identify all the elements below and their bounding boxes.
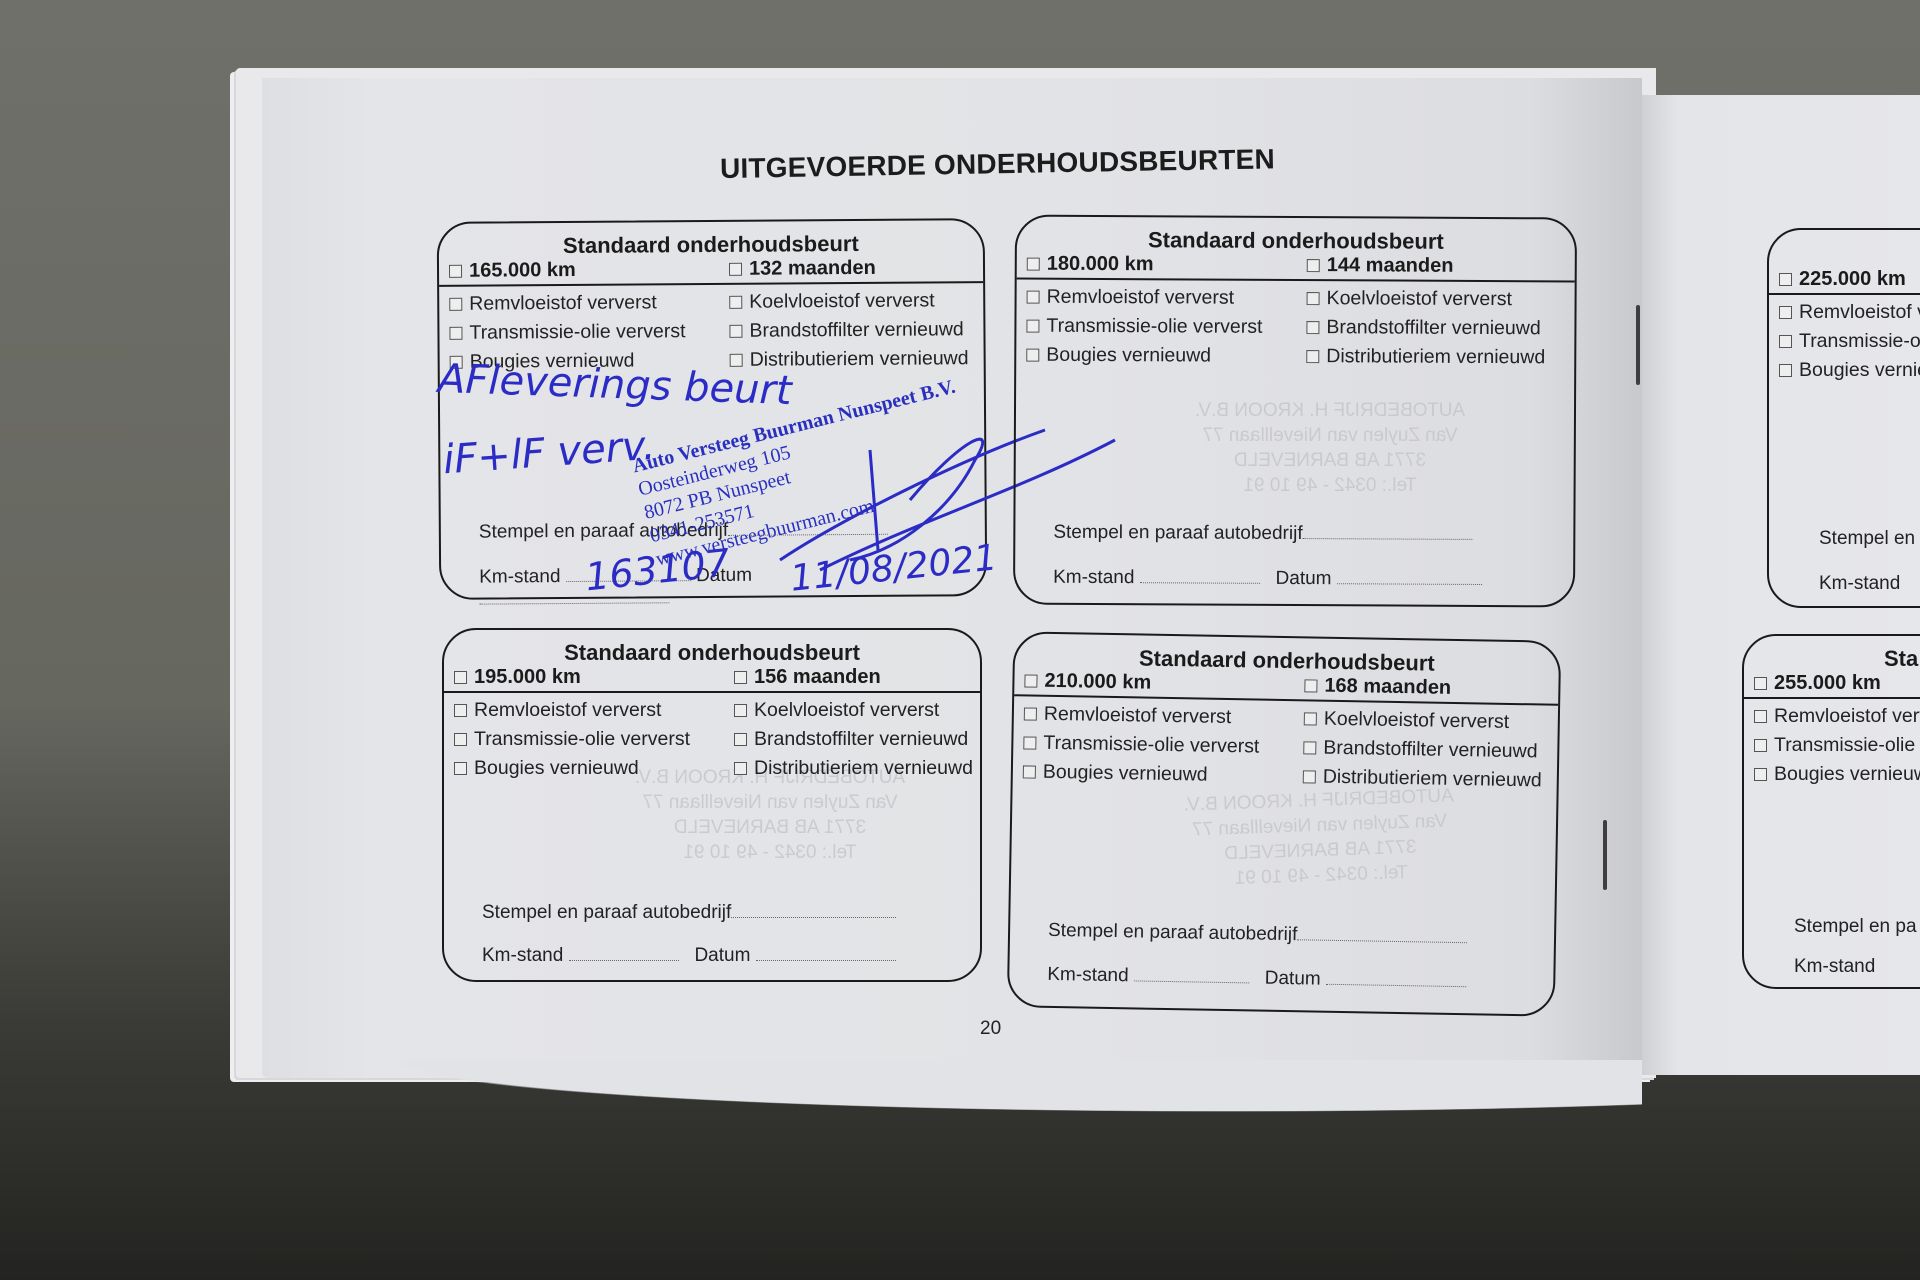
service-item: Remvloeistof ververst <box>1799 301 1920 324</box>
month-interval: 144 maanden <box>1327 254 1454 278</box>
service-item: Bougies vernieuwd <box>1046 344 1211 368</box>
km-label: Km-stand <box>1819 573 1900 594</box>
staple <box>1603 820 1607 890</box>
service-item: Remvloeistof ververst <box>1774 705 1920 728</box>
service-item: Remvloeistof ververst <box>1047 286 1235 310</box>
km-interval: 225.000 km <box>1799 268 1906 291</box>
service-item: Bougies vernieuwd <box>1799 359 1920 382</box>
service-item: Distributieriem vernieuwd <box>1323 766 1542 793</box>
km-label: Km-stand <box>482 945 563 966</box>
checkbox-icon[interactable] <box>1307 259 1320 272</box>
service-item: Transmissie-olie ververst <box>1799 330 1920 353</box>
checkbox-icon[interactable] <box>1024 707 1037 720</box>
checkbox-icon[interactable] <box>734 671 747 684</box>
service-item: Koelvloeistof ververst <box>1324 708 1510 734</box>
checkbox-icon[interactable] <box>1023 736 1036 749</box>
service-item: Transmissie-olie ververst <box>1774 734 1920 757</box>
checkbox-icon[interactable] <box>1779 273 1792 286</box>
service-item: Distributieriem vernieuwd <box>1326 345 1545 369</box>
card-title: Standaard onderhoudsbeurt <box>444 640 980 666</box>
stamp-label: Stempel en paraaf autobedrijf <box>1048 920 1298 945</box>
month-interval: 132 maanden <box>749 257 876 281</box>
card-title: Sta <box>1744 646 1920 672</box>
checkbox-icon[interactable] <box>1306 350 1319 363</box>
checkbox-icon[interactable] <box>1027 258 1040 271</box>
km-label: Km-stand <box>1053 567 1134 588</box>
date-label: Datum <box>1276 568 1332 589</box>
service-item: Koelvloeistof ververst <box>754 699 939 722</box>
checkbox-icon[interactable] <box>1306 321 1319 334</box>
checkbox-icon[interactable] <box>1026 320 1039 333</box>
stamp-label: Stempel en paraaf autobedrijf <box>1053 522 1302 544</box>
checkbox-icon[interactable] <box>1307 292 1320 305</box>
service-item: Brandstoffilter vernieuwd <box>1326 316 1540 340</box>
checkbox-icon[interactable] <box>734 704 747 717</box>
checkbox-icon[interactable] <box>1303 770 1316 783</box>
service-item: Remvloeistof ververst <box>1044 703 1232 729</box>
month-interval: 168 maanden <box>1324 675 1451 700</box>
stamp-label: Stempel en pa <box>1794 916 1917 937</box>
date-label: Datum <box>1265 968 1321 990</box>
checkbox-icon[interactable] <box>1026 349 1039 362</box>
checkbox-icon[interactable] <box>449 327 462 340</box>
checkbox-icon[interactable] <box>454 671 467 684</box>
km-interval: 195.000 km <box>474 666 581 689</box>
checkbox-icon[interactable] <box>1304 712 1317 725</box>
maintenance-card-210000: Standaard onderhoudsbeurt 210.000 km 168… <box>1007 631 1561 1017</box>
maintenance-card-180000: Standaard onderhoudsbeurt 180.000 km 144… <box>1013 215 1577 608</box>
service-item: Brandstoffilter vernieuwd <box>749 318 963 342</box>
checkbox-icon[interactable] <box>1023 765 1036 778</box>
service-item: Koelvloeistof ververst <box>749 289 934 313</box>
service-item: Koelvloeistof ververst <box>1327 287 1512 311</box>
checkbox-icon[interactable] <box>730 354 743 367</box>
checkbox-icon[interactable] <box>1304 679 1317 692</box>
checkbox-icon[interactable] <box>1754 739 1767 752</box>
km-label: Km-stand <box>1794 956 1875 977</box>
checkbox-icon[interactable] <box>1754 677 1767 690</box>
km-interval: 255.000 km <box>1774 672 1881 695</box>
checkbox-icon[interactable] <box>729 296 742 309</box>
service-item: Brandstoffilter vernieuwd <box>1323 737 1538 764</box>
stamp-label: Stempel en <box>1819 528 1915 549</box>
service-item: Transmissie-olie ververst <box>469 320 685 345</box>
card-title: Standaard onderhoudsbeurt <box>439 230 983 260</box>
service-item: Transmissie-olie ververst <box>474 728 690 751</box>
staple <box>1636 305 1640 385</box>
right-page-card-bottom: Sta 255.000 km Remvloeistof ververst Tra… <box>1740 634 1920 994</box>
right-page-card-top: 225.000 km Remvloeistof ververst Transmi… <box>1765 228 1920 614</box>
checkbox-icon[interactable] <box>1779 306 1792 319</box>
checkbox-icon[interactable] <box>1754 768 1767 781</box>
checkbox-icon[interactable] <box>1754 710 1767 723</box>
stamp-label: Stempel en paraaf autobedrijf <box>482 902 731 923</box>
date-label: Datum <box>694 945 750 966</box>
checkbox-icon[interactable] <box>449 265 462 278</box>
km-interval: 180.000 km <box>1047 253 1154 277</box>
km-label: Km-stand <box>1047 964 1129 986</box>
checkbox-icon[interactable] <box>449 298 462 311</box>
service-item: Transmissie-olie ververst <box>1046 315 1262 339</box>
month-interval: 156 maanden <box>754 666 881 689</box>
service-item: Bougies vernieuwd <box>474 757 639 780</box>
page-number: 20 <box>980 1018 1001 1040</box>
service-item: Brandstoffilter vernieuwd <box>754 728 968 751</box>
checkbox-icon[interactable] <box>454 733 467 746</box>
checkbox-icon[interactable] <box>729 263 742 276</box>
service-item: Bougies vernieuwd <box>1043 761 1208 787</box>
checkbox-icon[interactable] <box>729 325 742 338</box>
checkbox-icon[interactable] <box>734 733 747 746</box>
service-item: Distributieriem vernieuwd <box>754 757 973 780</box>
service-item: Transmissie-olie ververst <box>1043 732 1259 759</box>
service-item: Remvloeistof ververst <box>469 291 657 315</box>
service-item: Bougies vernieuwd <box>1774 763 1920 786</box>
checkbox-icon[interactable] <box>734 762 747 775</box>
card-title: Standaard onderhoudsbeurt <box>1017 227 1575 256</box>
checkbox-icon[interactable] <box>1779 364 1792 377</box>
checkbox-icon[interactable] <box>1027 291 1040 304</box>
checkbox-icon[interactable] <box>1779 335 1792 348</box>
checkbox-icon[interactable] <box>1303 741 1316 754</box>
maintenance-card-195000: Standaard onderhoudsbeurt 195.000 km 156… <box>442 628 982 982</box>
km-interval: 165.000 km <box>469 259 576 283</box>
checkbox-icon[interactable] <box>454 762 467 775</box>
checkbox-icon[interactable] <box>1024 674 1037 687</box>
km-label: Km-stand <box>479 566 560 588</box>
service-item: Remvloeistof ververst <box>474 699 661 722</box>
km-interval: 210.000 km <box>1044 670 1151 695</box>
checkbox-icon[interactable] <box>454 704 467 717</box>
